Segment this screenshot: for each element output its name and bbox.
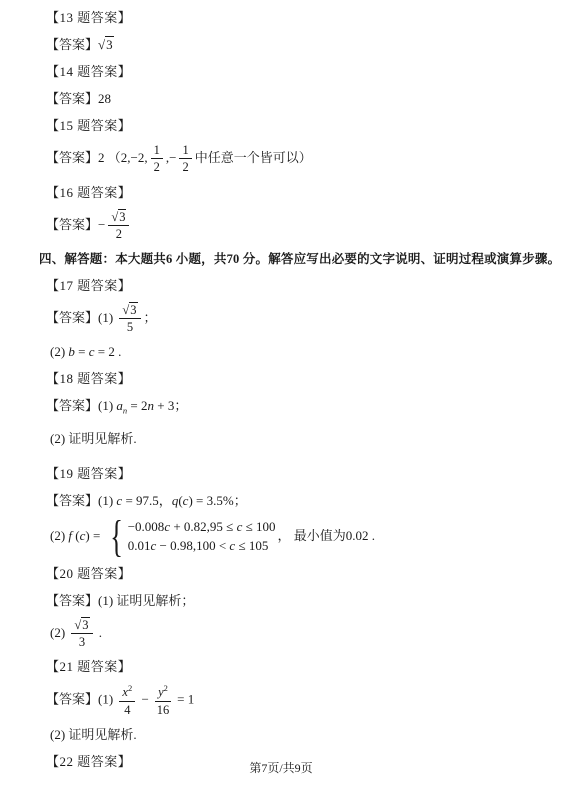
sqrt-expression: √3 [111,209,126,224]
math-run: = 2n + 3 [127,398,174,413]
fraction-numerator: √3 [108,210,129,226]
text-run: . [115,344,122,359]
math-run: c = 97.5 [116,493,158,508]
math-fraction: x24 [119,684,135,717]
text-run: 【答案】28 [46,91,111,106]
text-run: . [96,624,103,639]
math-fraction: 12 [179,143,191,175]
text-run: ； [174,398,187,413]
answer-label-line: 【15 题答案】 [46,116,542,135]
frac-part: 1 [182,143,188,157]
fraction-numerator: y2 [155,684,171,702]
fraction-denominator: 2 [108,226,129,241]
answer-line: 【答案】(1) √35； [46,303,542,335]
fraction-denominator: 16 [155,702,171,717]
text-run: 【答案】(1) [46,493,116,508]
case-row: −0.008c + 0.82,95 ≤ c ≤ 100 [128,518,276,537]
answer-line: 【答案】−√32 [46,210,542,242]
case-row: 0.01c − 0.98,100 < c ≤ 105 [128,537,276,556]
fraction-numerator: 1 [151,143,163,159]
answer-label-line: 【14 题答案】 [46,62,542,81]
math-fraction: √33 [71,618,92,650]
answer-label-line: 【17 题答案】 [46,276,542,295]
text-run: 【答案】(1) [46,692,116,707]
text-run: (2) [50,344,68,359]
text-run: 【15 题答案】 [46,118,131,133]
radicand: 3 [81,617,89,632]
text-run: (2) 证明见解析. [50,727,137,742]
math-subscripted: an [116,398,127,413]
answer-line: (2) b = c = 2 . [46,342,542,361]
fraction-numerator: 1 [179,143,191,159]
math-fraction: √32 [108,210,129,242]
left-brace: { [110,518,123,555]
text-run: 【16 题答案】 [46,185,131,200]
answer-line: 【答案】(1) an = 2n + 3； [46,396,542,421]
text-run: 【19 题答案】 [46,466,131,481]
frac-part: 2 [116,227,122,241]
frac-part: 2 [154,160,160,174]
answer-line: (2) f (c) = {−0.008c + 0.82,95 ≤ c ≤ 100… [46,518,542,556]
math-fraction: y216 [155,684,171,717]
piecewise-cases: {−0.008c + 0.82,95 ≤ c ≤ 1000.01c − 0.98… [106,518,276,556]
sqrt-expression: √3 [74,617,89,632]
text-run: 【答案】(1) [46,309,116,324]
radicand: 3 [129,302,137,317]
answer-label-line: 【18 题答案】 [46,369,542,388]
answer-line: (2) 证明见解析. [46,725,542,744]
math-run: b = c = 2 [68,344,114,359]
math-run: q(c) = 3.5% [172,493,234,508]
answer-line: (2) √33 . [46,618,542,650]
fraction-numerator: √3 [119,303,140,319]
text-run: 【17 题答案】 [46,278,131,293]
text-run: 【18 题答案】 [46,371,131,386]
text-run: 【14 题答案】 [46,64,131,79]
text-run: 中任意一个皆可以） [195,150,312,165]
fraction-denominator: 4 [119,702,135,717]
fraction-denominator: 2 [151,159,163,174]
frac-part: 5 [127,320,133,334]
answer-line: 【答案】28 [46,89,542,108]
text-run: 【答案】(1) 证明见解析； [46,593,194,608]
text-run: 【答案】(1) [46,398,116,413]
text-run: (2) [50,528,68,543]
text-run: (2) 证明见解析. [50,431,137,446]
text-run: ， [159,493,172,508]
fraction-numerator: x2 [119,684,135,702]
math-fraction: √35 [119,303,140,335]
math-fraction: 12 [151,143,163,175]
text-run: 【答案】2 （2,−2, [46,150,148,165]
text-run: 【答案】 [46,37,98,52]
case-rows: −0.008c + 0.82,95 ≤ c ≤ 1000.01c − 0.98,… [128,518,276,556]
page-number-footer: 第7页/共9页 [0,759,562,776]
answer-line: 【答案】(1) x24 − y216 = 1 [46,684,542,717]
answer-line: (2) 证明见解析. [46,429,542,448]
document-body: 【13 题答案】【答案】√3【14 题答案】【答案】28【15 题答案】【答案】… [46,8,542,779]
answer-line: 【答案】√3 [46,35,542,54]
text-run: ； [234,493,247,508]
text-run: ； [144,309,157,324]
fraction-numerator: √3 [71,618,92,634]
text-run: (2) [50,624,68,639]
text-run: 【20 题答案】 [46,566,131,581]
frac-part: 2 [182,160,188,174]
answer-label-line: 【19 题答案】 [46,464,542,483]
fraction-denominator: 3 [71,634,92,649]
math-run: − [138,692,152,707]
superscript: 2 [128,683,132,693]
radicand: 3 [105,36,114,52]
answer-label-line: 【21 题答案】 [46,657,542,676]
answer-line: 【答案】2 （2,−2,12,−12中任意一个皆可以） [46,143,542,175]
answer-label-line: 【20 题答案】 [46,564,542,583]
answer-line: 【答案】(1) c = 97.5，q(c) = 3.5%； [46,491,542,510]
text-run: 四、解答题：本大题共6 小题，共70 分。解答应写出必要的文字说明、证明过程或演… [39,252,560,266]
frac-part: 4 [124,703,130,717]
sqrt-expression: √3 [98,36,114,52]
math-run: = 1 [174,692,194,707]
text-run: ， 最小值为0.02 . [277,528,375,543]
fraction-denominator: 5 [119,319,140,334]
text-run: 【答案】− [46,217,105,232]
frac-part: 1 [154,143,160,157]
sqrt-expression: √3 [122,302,137,317]
fraction-denominator: 2 [179,159,191,174]
radicand: 3 [118,209,126,224]
answer-line: 【答案】(1) 证明见解析； [46,591,542,610]
document-page: 【13 题答案】【答案】√3【14 题答案】【答案】28【15 题答案】【答案】… [0,0,562,790]
frac-part: 16 [157,703,170,717]
text-run: ,− [166,150,177,165]
frac-part: 3 [79,635,85,649]
superscript: 2 [164,683,168,693]
text-run: 【13 题答案】 [46,10,131,25]
frac-part: y2 [158,685,168,699]
text-run: 【21 题答案】 [46,659,131,674]
answer-label-line: 【16 题答案】 [46,183,542,202]
math-run: f (c) = [68,528,103,543]
section-header: 四、解答题：本大题共6 小题，共70 分。解答应写出必要的文字说明、证明过程或演… [39,250,542,269]
frac-part: x2 [122,685,132,699]
answer-label-line: 【13 题答案】 [46,8,542,27]
